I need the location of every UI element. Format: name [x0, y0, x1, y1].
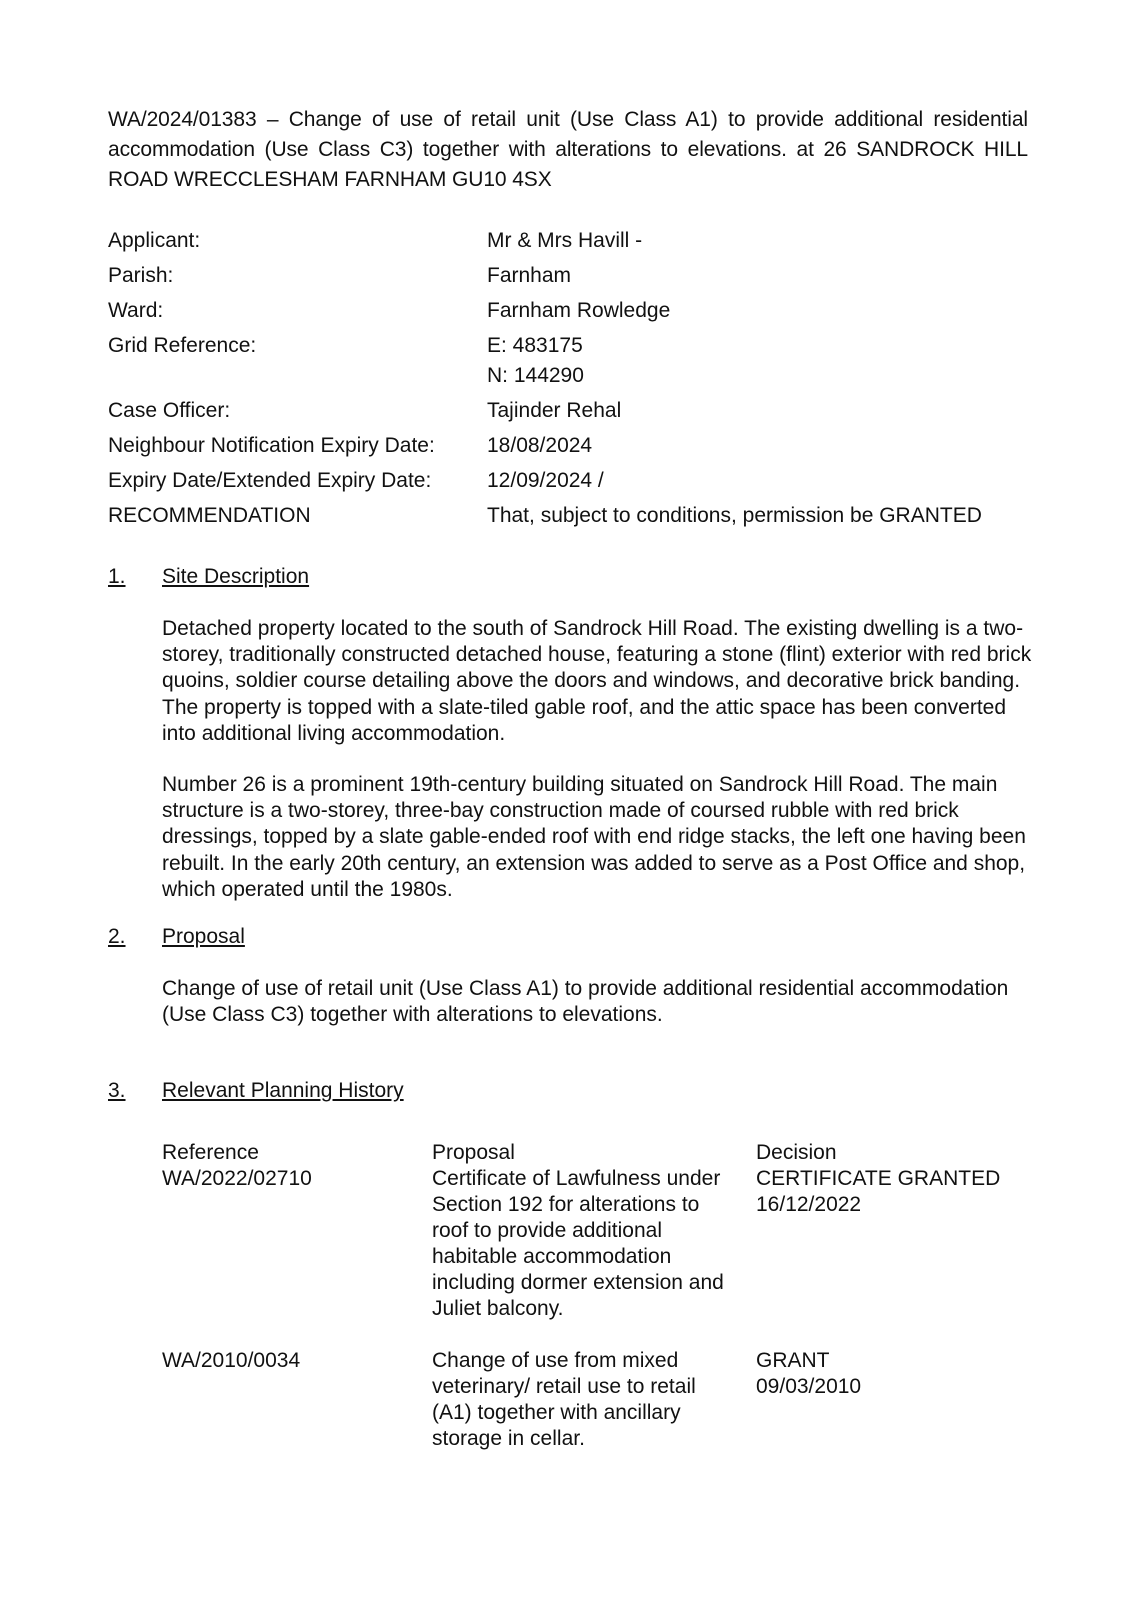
- header-proposal: Proposal: [432, 1140, 756, 1166]
- section-site-description-heading: 1. Site Description: [108, 564, 309, 590]
- ward-label: Ward:: [108, 298, 487, 323]
- proposal-line: Certificate of Lawfulness under: [432, 1166, 756, 1192]
- history-header-row: Reference Proposal Decision: [162, 1140, 1042, 1166]
- expiry-date-row: Expiry Date/Extended Expiry Date: 12/09/…: [108, 468, 1038, 493]
- applicant-value: Mr & Mrs Havill -: [487, 228, 1038, 253]
- proposal-line: veterinary/ retail use to retail: [432, 1374, 756, 1400]
- recommendation-label: RECOMMENDATION: [108, 503, 487, 528]
- neighbour-notification-label: Neighbour Notification Expiry Date:: [108, 433, 487, 458]
- proposal-line: storage in cellar.: [432, 1426, 756, 1452]
- history-row: WA/2022/02710 Certificate of Lawfulness …: [162, 1166, 1042, 1322]
- section-number: 1.: [108, 564, 162, 590]
- grid-easting: E: 483175: [487, 333, 1038, 358]
- site-description-paragraph-1: Detached property located to the south o…: [162, 616, 1032, 747]
- decision-date: 16/12/2022: [756, 1192, 1042, 1218]
- grid-reference-value: E: 483175 N: 144290: [487, 333, 1038, 388]
- history-proposal: Change of use from mixed veterinary/ ret…: [432, 1348, 756, 1452]
- case-officer-row: Case Officer: Tajinder Rehal: [108, 398, 1038, 423]
- history-proposal: Certificate of Lawfulness under Section …: [432, 1166, 756, 1322]
- neighbour-notification-row: Neighbour Notification Expiry Date: 18/0…: [108, 433, 1038, 458]
- section-title: Site Description: [162, 564, 309, 590]
- expiry-date-value: 12/09/2024 /: [487, 468, 1038, 493]
- history-reference: WA/2010/0034: [162, 1348, 432, 1452]
- ward-row: Ward: Farnham Rowledge: [108, 298, 1038, 323]
- proposal-line: Juliet balcony.: [432, 1296, 756, 1322]
- section-number: 2.: [108, 924, 162, 950]
- history-reference: WA/2022/02710: [162, 1166, 432, 1322]
- section-number: 3.: [108, 1078, 162, 1104]
- decision-date: 09/03/2010: [756, 1374, 1042, 1400]
- section-proposal-heading: 2. Proposal: [108, 924, 245, 950]
- section-title: Proposal: [162, 924, 245, 950]
- proposal-paragraph: Change of use of retail unit (Use Class …: [162, 976, 1032, 1028]
- grid-northing: N: 144290: [487, 363, 1038, 388]
- parish-value: Farnham: [487, 263, 1038, 288]
- applicant-label: Applicant:: [108, 228, 487, 253]
- section-planning-history-heading: 3. Relevant Planning History: [108, 1078, 404, 1104]
- parish-label: Parish:: [108, 263, 487, 288]
- proposal-line: including dormer extension and: [432, 1270, 756, 1296]
- case-officer-value: Tajinder Rehal: [487, 398, 1038, 423]
- recommendation-value: That, subject to conditions, permission …: [487, 503, 1038, 528]
- proposal-line: Change of use from mixed: [432, 1348, 756, 1374]
- history-decision: CERTIFICATE GRANTED 16/12/2022: [756, 1166, 1042, 1322]
- proposal-line: Section 192 for alterations to: [432, 1192, 756, 1218]
- grid-reference-label: Grid Reference:: [108, 333, 487, 388]
- recommendation-row: RECOMMENDATION That, subject to conditio…: [108, 503, 1038, 528]
- neighbour-notification-value: 18/08/2024: [487, 433, 1038, 458]
- applicant-row: Applicant: Mr & Mrs Havill -: [108, 228, 1038, 253]
- document-page: WA/2024/01383 – Change of use of retail …: [0, 0, 1132, 1600]
- header-decision: Decision: [756, 1140, 1042, 1166]
- decision-text: CERTIFICATE GRANTED: [756, 1166, 1042, 1192]
- history-row: WA/2010/0034 Change of use from mixed ve…: [162, 1348, 1042, 1452]
- expiry-date-label: Expiry Date/Extended Expiry Date:: [108, 468, 487, 493]
- planning-history-table: Reference Proposal Decision WA/2022/0271…: [162, 1140, 1042, 1452]
- proposal-line: (A1) together with ancillary: [432, 1400, 756, 1426]
- application-title: WA/2024/01383 – Change of use of retail …: [108, 105, 1028, 195]
- ward-value: Farnham Rowledge: [487, 298, 1038, 323]
- parish-row: Parish: Farnham: [108, 263, 1038, 288]
- header-reference: Reference: [162, 1140, 432, 1166]
- application-details: Applicant: Mr & Mrs Havill - Parish: Far…: [108, 228, 1038, 538]
- history-decision: GRANT 09/03/2010: [756, 1348, 1042, 1452]
- decision-text: GRANT: [756, 1348, 1042, 1374]
- site-description-paragraph-2: Number 26 is a prominent 19th-century bu…: [162, 772, 1032, 903]
- proposal-line: roof to provide additional: [432, 1218, 756, 1244]
- proposal-line: habitable accommodation: [432, 1244, 756, 1270]
- grid-reference-row: Grid Reference: E: 483175 N: 144290: [108, 333, 1038, 388]
- section-title: Relevant Planning History: [162, 1078, 404, 1104]
- case-officer-label: Case Officer:: [108, 398, 487, 423]
